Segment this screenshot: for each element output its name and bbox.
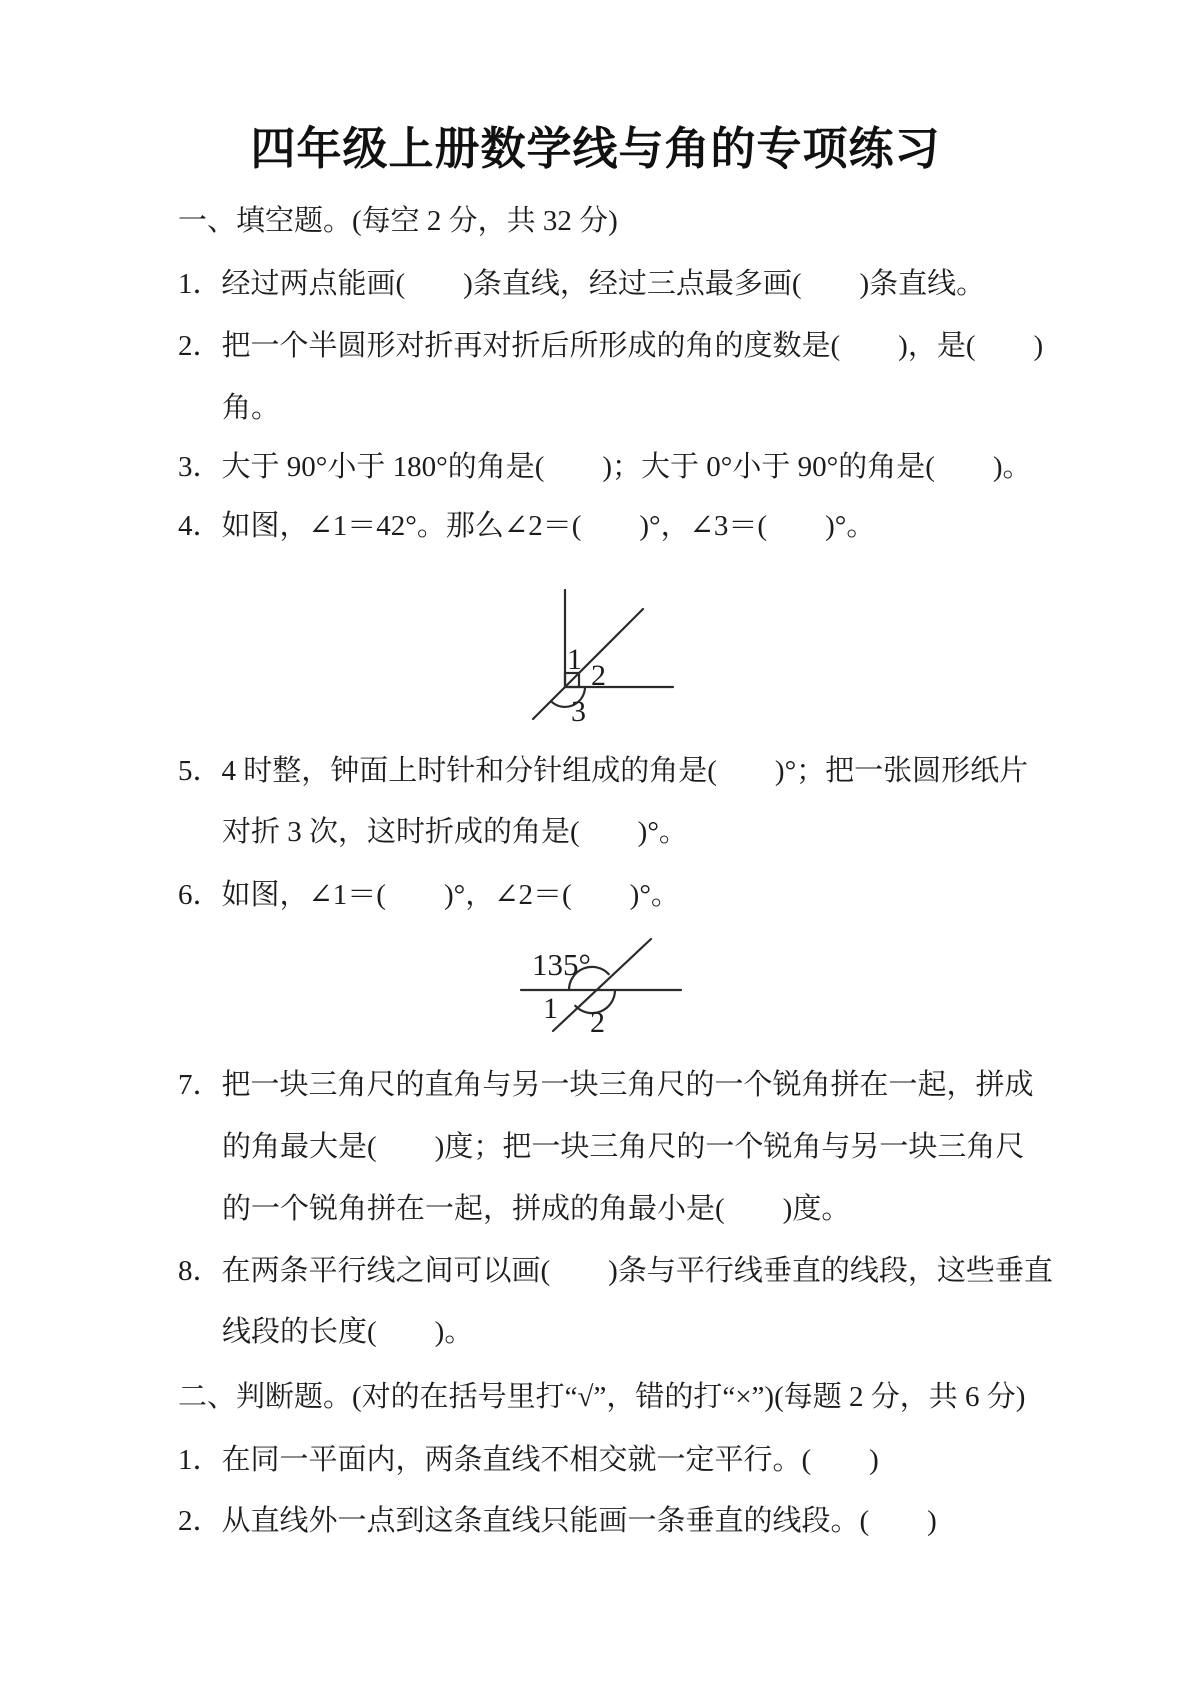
angle-2-label: 2 — [591, 659, 606, 692]
question-5-line-1: 5．4 时整，钟面上时针和分针组成的角是( )°；把一张圆形纸片 — [178, 753, 1028, 789]
question-7-line-2: 的角最大是( )度；把一块三角尺的一个锐角与另一块三角尺 — [222, 1129, 1024, 1165]
question-3: 3．大于 90°小于 180°的角是( )；大于 0°小于 90°的角是( )。 — [178, 449, 1032, 485]
worksheet-page: 四年级上册数学线与角的专项练习 一、填空题。(每空 2 分，共 32 分) 1．… — [0, 0, 1191, 1684]
question-1: 1．经过两点能画( )条直线，经过三点最多画( )条直线。 — [178, 266, 985, 302]
angle-figure-q6-svg: 135° 1 2 — [517, 927, 687, 1039]
angle-figure-q4: 1 2 3 — [501, 587, 681, 732]
angle-1-label: 1 — [567, 643, 582, 676]
section2-heading: 二、判断题。(对的在括号里打“√”，错的打“×”)(每题 2 分，共 6 分) — [178, 1379, 1025, 1415]
angle-135-label: 135° — [532, 947, 591, 982]
question-8-line-1: 8．在两条平行线之间可以画( )条与平行线垂直的线段，这些垂直 — [178, 1253, 1053, 1289]
question-8-line-2: 线段的长度( )。 — [222, 1314, 473, 1350]
question-7-line-3: 的一个锐角拼在一起，拼成的角最小是( )度。 — [222, 1191, 850, 1227]
question-6: 6．如图，∠1＝( )°，∠2＝( )°。 — [178, 877, 680, 913]
angle-3-label: 3 — [571, 695, 586, 728]
question-4: 4．如图，∠1＝42°。那么∠2＝( )°，∠3＝( )°。 — [178, 508, 875, 544]
angle-1-label: 1 — [543, 992, 558, 1025]
question-2-line-1: 2．把一个半圆形对折再对折后所形成的角的度数是( )，是( ) — [178, 328, 1043, 364]
section1-heading: 一、填空题。(每空 2 分，共 32 分) — [178, 203, 618, 239]
judge-question-2: 2．从直线外一点到这条直线只能画一条垂直的线段。( ) — [178, 1503, 937, 1539]
question-5-line-2: 对折 3 次，这时折成的角是( )°。 — [222, 814, 688, 850]
question-2-line-2: 角。 — [222, 390, 280, 426]
angle-2-label: 2 — [590, 1006, 605, 1039]
angle-figure-q6: 135° 1 2 — [517, 927, 687, 1039]
page-title: 四年级上册数学线与角的专项练习 — [0, 120, 1191, 179]
diagonal-line — [533, 609, 643, 719]
question-7-line-1: 7．把一块三角尺的直角与另一块三角尺的一个锐角拼在一起，拼成 — [178, 1067, 1034, 1103]
judge-question-1: 1．在同一平面内，两条直线不相交就一定平行。( ) — [178, 1442, 879, 1478]
angle-figure-q4-svg: 1 2 3 — [501, 587, 681, 732]
